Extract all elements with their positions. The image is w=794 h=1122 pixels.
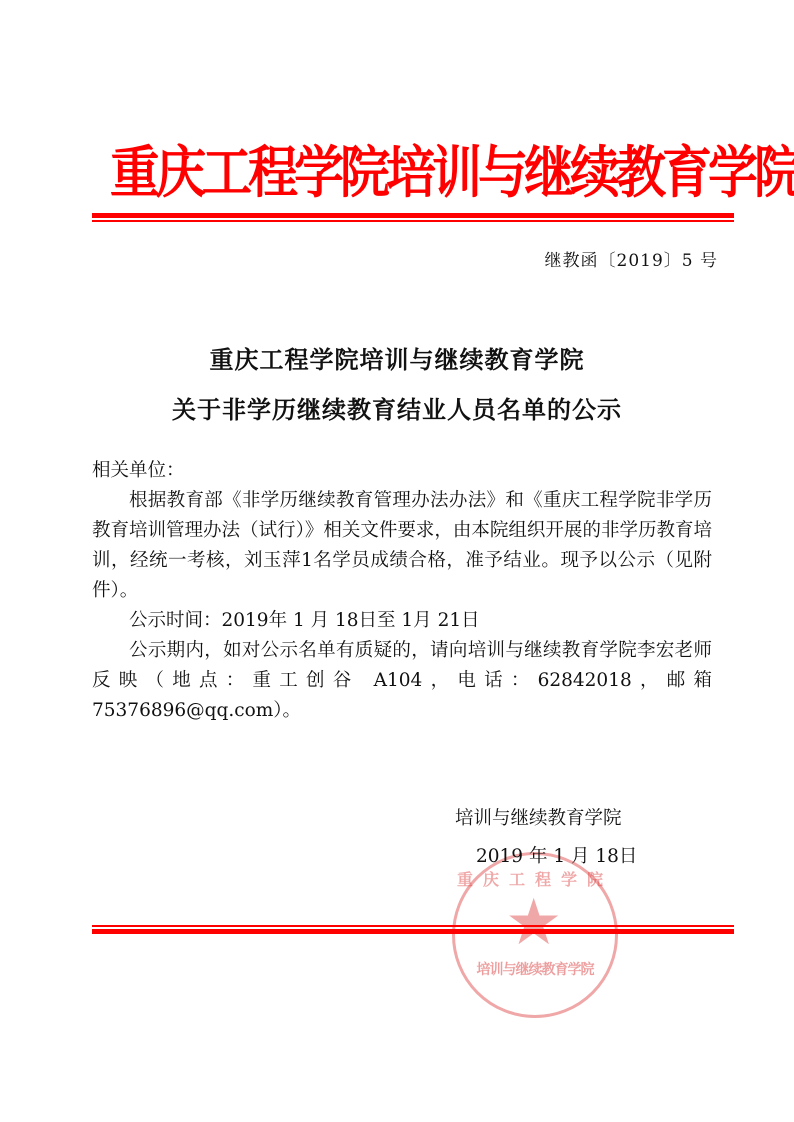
document-number: 继教函〔2019〕5 号 [545, 246, 718, 271]
salutation: 相关单位： [92, 456, 712, 486]
seal-star-icon: ★ [505, 891, 562, 955]
masthead-title: 重庆工程学院培训与继续教育学院 [110, 136, 700, 210]
footer-rule-thin [92, 925, 734, 927]
paragraph-period: 公示时间：2019年 1 月 18日至 1月 21日 [92, 606, 712, 636]
signature-organization: 培训与继续教育学院 [455, 804, 622, 830]
paragraph-contact: 公示期内，如对公示名单有质疑的，请向培训与继续教育学院李宏老师反映（地点：重工创… [92, 636, 712, 726]
official-seal: 重庆工程学院 ★ 培训与继续教育学院 [452, 852, 618, 1018]
header-rule-thin [92, 220, 734, 222]
notice-title-line2: 关于非学历继续教育结业人员名单的公示 [0, 390, 794, 425]
header-rule-thick [92, 213, 734, 218]
notice-title-line1: 重庆工程学院培训与继续教育学院 [0, 340, 794, 375]
seal-bottom-text: 培训与继续教育学院 [461, 959, 609, 979]
footer-rule-thick [92, 929, 734, 934]
paragraph-requirements: 根据教育部《非学历继续教育管理办法办法》和《重庆工程学院非学历教育培训管理办法（… [92, 486, 712, 606]
notice-body: 相关单位： 根据教育部《非学历继续教育管理办法办法》和《重庆工程学院非学历教育培… [92, 456, 712, 726]
signature-date: 2019 年 1 月 18日 [476, 842, 637, 868]
